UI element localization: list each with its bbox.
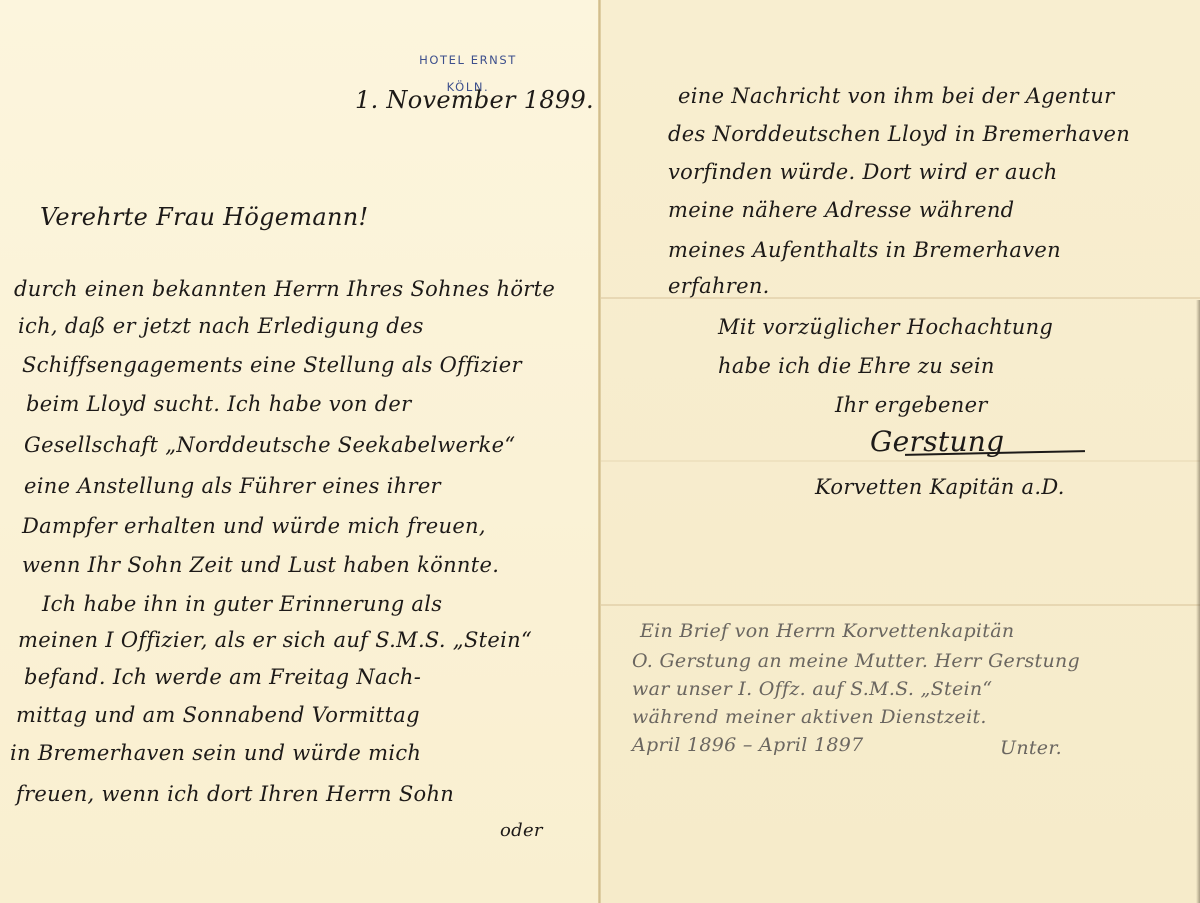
horizontal-fold — [601, 604, 1200, 606]
body-line: des Norddeutschen Lloyd in Bremerhaven — [668, 122, 1130, 146]
catchword: oder — [500, 820, 543, 841]
body-line: meine nähere Adresse während — [668, 198, 1014, 222]
center-fold — [598, 0, 601, 903]
body-line: Ich habe ihn in guter Erinnerung als — [42, 592, 442, 616]
annotation-line: April 1896 – April 1897 — [632, 734, 864, 756]
signature-title: Korvetten Kapitän a.D. — [815, 475, 1065, 499]
closing-line: habe ich die Ehre zu sein — [718, 354, 995, 378]
body-line: befand. Ich werde am Freitag Nach- — [24, 665, 421, 689]
body-line: wenn Ihr Sohn Zeit und Lust haben könnte… — [22, 553, 499, 577]
body-line: in Bremerhaven sein und würde mich — [10, 741, 421, 765]
horizontal-crease — [601, 460, 1200, 462]
salutation: Verehrte Frau Högemann! — [40, 203, 368, 231]
letterhead-hotel-name: HOTEL ERNST — [398, 47, 538, 74]
body-line: eine Nachricht von ihm bei der Agentur — [678, 84, 1114, 108]
body-line: mittag und am Sonnabend Vormittag — [16, 703, 420, 727]
body-line: Schiffsengagements eine Stellung als Off… — [22, 353, 522, 377]
body-line: beim Lloyd sucht. Ich habe von der — [26, 392, 412, 416]
annotation-line: O. Gerstung an meine Mutter. Herr Gerstu… — [632, 650, 1080, 672]
body-line: vorfinden würde. Dort wird er auch — [668, 160, 1058, 184]
body-line: meines Aufenthalts in Bremerhaven — [668, 238, 1061, 262]
page-edge-shadow — [1196, 300, 1200, 903]
annotation-line: während meiner aktiven Dienstzeit. — [632, 706, 987, 728]
body-line: erfahren. — [668, 274, 770, 298]
annotation-line: war unser I. Offz. auf S.M.S. „Stein“ — [632, 678, 992, 700]
body-line: durch einen bekannten Herrn Ihres Sohnes… — [14, 277, 555, 301]
body-line: freuen, wenn ich dort Ihren Herrn Sohn — [16, 782, 454, 806]
body-line: meinen I Offizier, als er sich auf S.M.S… — [18, 628, 532, 652]
closing-line: Mit vorzüglicher Hochachtung — [718, 315, 1053, 339]
closing-line: Ihr ergebener — [835, 393, 988, 417]
letter-date: 1. November 1899. — [355, 86, 594, 114]
body-line: eine Anstellung als Führer eines ihrer — [24, 474, 441, 498]
annotation-initials: Unter. — [1000, 737, 1062, 759]
body-line: Gesellschaft „Norddeutsche Seekabelwerke… — [24, 433, 515, 457]
body-line: Dampfer erhalten und würde mich freuen, — [22, 514, 486, 538]
annotation-line: Ein Brief von Herrn Korvettenkapitän — [640, 620, 1014, 642]
body-line: ich, daß er jetzt nach Erledigung des — [18, 314, 424, 338]
